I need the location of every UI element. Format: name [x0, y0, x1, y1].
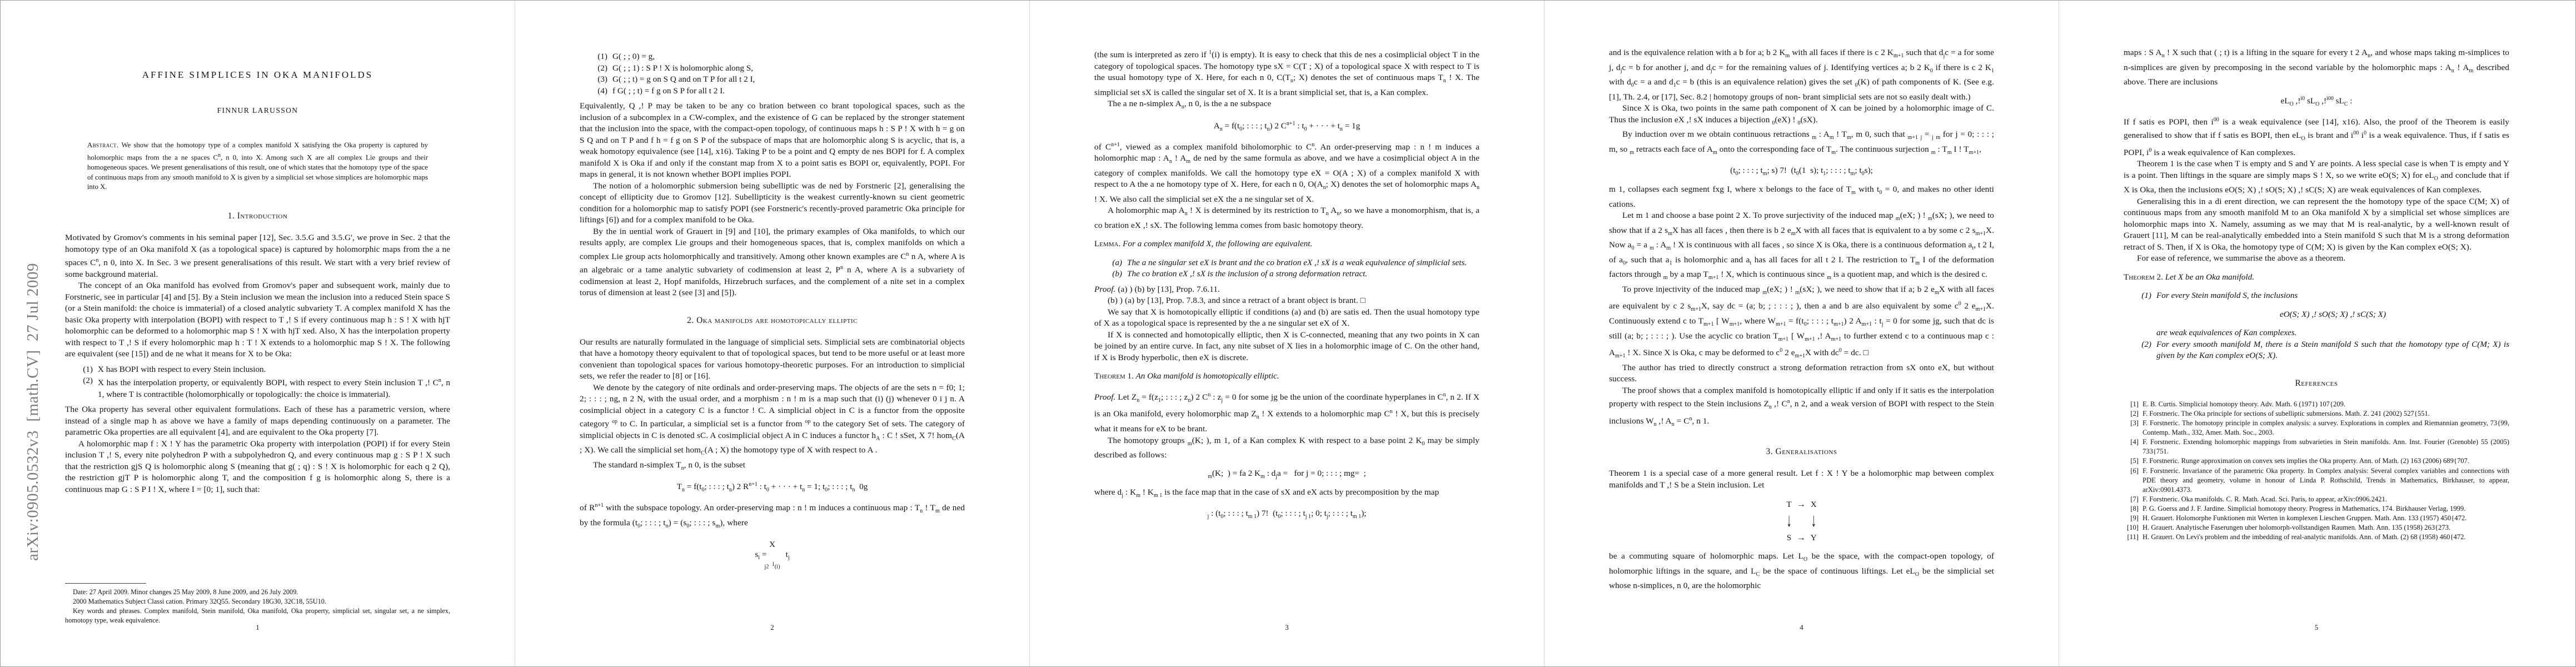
- page-content: AFFINE SIMPLICES IN OKA MANIFOLDSFINNUR …: [65, 1, 450, 495]
- paragraph: By the in uential work of Grauert in [9]…: [580, 226, 965, 299]
- commutative-square: T→X↓↓S→Y: [1609, 500, 1994, 543]
- paragraph: By induction over m we obtain continuous…: [1609, 129, 1994, 158]
- enum-item: (1)For every Stein manifold S, the inclu…: [2124, 290, 2509, 339]
- reference-item: [4]F. Forstneric. Extending holomorphic …: [2124, 437, 2509, 456]
- display-formula: Tn = f(t0; : : : ; tn) 2 Rn+1 : t0 + · ·…: [580, 481, 965, 493]
- paragraph: of Cn+1, viewed as a complex manifold bi…: [1094, 140, 1479, 206]
- reference-text: F. Forstneric. Oka manifolds. C. R. Math…: [2142, 495, 2509, 504]
- section-heading: References: [2124, 379, 2509, 389]
- reference-text: H. Grauert. Analytische Faserungen uber …: [2142, 523, 2509, 532]
- page-number: 4: [1544, 623, 2059, 632]
- formula-line: Tn = f(t0; : : : ; tn) 2 Rn+1 : t0 + · ·…: [580, 481, 965, 493]
- reference-text: F. Forstneric. Runge approximation on co…: [2142, 456, 2509, 466]
- down-arrow-icon: ↓: [1811, 501, 1817, 543]
- theorem: Theorem 1. An Oka manifold is homotopica…: [1094, 371, 1479, 382]
- reference-label: [6]: [2124, 466, 2139, 495]
- page-number: 5: [2059, 623, 2574, 632]
- paragraph: maps : S An ! X such that ( ; t) is a li…: [2124, 47, 2509, 88]
- formula-line: m(K; ) = fa 2 Km : dja = for j = 0; : : …: [1094, 469, 1479, 480]
- enum-text: X has BOPI with respect to every Stein i…: [98, 364, 450, 376]
- reference-item: [7]F. Forstneric. Oka manifolds. C. R. M…: [2124, 495, 2509, 504]
- enum-item: (2)For every smooth manifold M, there is…: [2124, 339, 2509, 362]
- reference-label: [2]: [2124, 409, 2139, 419]
- reference-text: F. Forstneric. The Oka principle for sec…: [2142, 409, 2509, 419]
- abstract: Abstract. We show that the homotopy type…: [87, 141, 428, 192]
- footnote-line: Key words and phrases. Complex manifold,…: [65, 606, 450, 625]
- formula-line: An = f(t0; : : : ; tn) 2 Cn+1 : t0 + · ·…: [1094, 121, 1479, 132]
- footnote-line: Date: 27 April 2009. Minor changes 25 Ma…: [65, 588, 450, 597]
- theorem-label: Theorem 1.: [1094, 371, 1134, 381]
- paragraph: Let m 1 and choose a base point 2 X. To …: [1609, 210, 1994, 284]
- reference-label: [9]: [2124, 514, 2139, 523]
- page-1: AFFINE SIMPLICES IN OKA MANIFOLDSFINNUR …: [1, 1, 515, 666]
- paragraph: where dj : Km ! Km 1 is the face map tha…: [1094, 487, 1479, 502]
- reference-item: [1]E. B. Curtis. Simplicial homotopy the…: [2124, 400, 2509, 409]
- reference-text: H. Grauert. Holomorphe Funktionen mit We…: [2142, 514, 2509, 523]
- reference-label: [5]: [2124, 456, 2139, 466]
- display-formula: An = f(t0; : : : ; tn) 2 Cn+1 : t0 + · ·…: [1094, 121, 1479, 132]
- enum-text: For every Stein manifold S, the inclusio…: [2156, 290, 2509, 339]
- enum-item: (1)G( ; ; 0) = g,: [580, 51, 965, 63]
- enum-label: (b): [1104, 268, 1122, 280]
- paragraph: The Oka property has several other equiv…: [65, 404, 450, 439]
- paragraph: To prove injectivity of the induced map …: [1609, 284, 1994, 362]
- paragraph: be a commuting square of holomorphic map…: [1609, 551, 1994, 592]
- page-5: maps : S An ! X such that ( ; t) is a li…: [2059, 1, 2574, 666]
- reference-item: [2]F. Forstneric. The Oka principle for …: [2124, 409, 2509, 419]
- reference-text: F. Forstneric. Extending holomorphic map…: [2142, 437, 2509, 456]
- section-heading: 2. Oka manifolds are homotopically ellip…: [580, 316, 965, 326]
- footnotes: Date: 27 April 2009. Minor changes 25 Ma…: [65, 583, 450, 625]
- enum-label: (1): [75, 364, 93, 376]
- formula-line: X: [580, 540, 965, 550]
- footnote-line: 2000 Mathematics Subject Classi cation. …: [65, 597, 450, 606]
- enum-text: G( ; ; t) = g on S Q and on T P for all …: [612, 74, 965, 86]
- paragraph: (b) ) (a) by [13], Prop. 7.8.3, and sinc…: [1094, 295, 1479, 307]
- reference-item: [11]H. Grauert. On Levi's problem and th…: [2124, 532, 2509, 542]
- reference-label: [8]: [2124, 504, 2139, 514]
- formula-line: j : (t0; : : : ; tm 1) 7! (t0; : : : ; t…: [1094, 509, 1479, 520]
- formula-line: si = tj: [580, 550, 965, 561]
- display-formula: Xsi = tjj2 1(i): [580, 540, 965, 571]
- theorem-label: Lemma.: [1094, 239, 1120, 248]
- paragraph: A holomorphic map f : X ! Y has the para…: [65, 439, 450, 496]
- enum-label: (1): [590, 51, 607, 63]
- enum-label: (1): [2134, 290, 2151, 339]
- paper-author: FINNUR LARUSSON: [65, 106, 450, 115]
- paragraph: Proof. Let Zn = f(z1; : : : ; zn) 2 Cn :…: [1094, 390, 1479, 435]
- reference-label: [7]: [2124, 495, 2139, 504]
- references-list: [1]E. B. Curtis. Simplicial homotopy the…: [2124, 400, 2509, 542]
- reference-item: [6]F. Forstneric. Invariance of the para…: [2124, 466, 2509, 495]
- reference-text: E. B. Curtis. Simplicial homotopy theory…: [2142, 400, 2509, 409]
- reference-label: [10]: [2124, 523, 2139, 532]
- paper-title: AFFINE SIMPLICES IN OKA MANIFOLDS: [65, 69, 450, 81]
- display-formula: m(K; ) = fa 2 Km : dja = for j = 0; : : …: [1094, 469, 1479, 480]
- reference-item: [3]F. Forstneric. The homotopy principle…: [2124, 419, 2509, 437]
- theorem: Theorem 2. Let X be an Oka manifold.: [2124, 272, 2509, 283]
- paragraph: Since X is Oka, two points in the same p…: [1609, 103, 1994, 129]
- page-number: 2: [515, 623, 1029, 632]
- enum-text: G( ; ; 0) = g,: [612, 51, 965, 63]
- page-content: (1)G( ; ; 0) = g,(2)G( ; ; 1) : S P ! X …: [580, 1, 965, 570]
- display-formula: (t0; : : : ; tm; s) 7! (t0(1 s); t1; : :…: [1609, 166, 1994, 177]
- enum-item: (b)The co bration eX ,! sX is the inclus…: [1094, 268, 1479, 280]
- paragraph: The concept of an Oka manifold has evolv…: [65, 280, 450, 360]
- reference-label: [11]: [2124, 532, 2139, 542]
- paper-strip: arXiv:0905.0532v3 [math.CV] 27 Jul 2009 …: [0, 0, 2576, 667]
- paragraph: Our results are naturally formulated in …: [580, 337, 965, 382]
- paragraph: The proof shows that a complex manifold …: [1609, 385, 1994, 431]
- square-grid: T→X↓↓S→Y: [1609, 500, 1994, 543]
- proof-label: Proof.: [1094, 392, 1115, 402]
- theorem: Lemma. For a complex manifold X, the fol…: [1094, 238, 1479, 250]
- display-formula: eLO ,!i0 sLO ,!i00 sLC :: [2124, 96, 2509, 107]
- display-formula: eO(S; X) ,! sO(S; X) ,! sC(S; X): [2156, 309, 2509, 321]
- paragraph: and is the equivalence relation with a b…: [1609, 47, 1994, 103]
- page-number: 1: [1, 623, 515, 632]
- paragraph: Proof. (a) ) (b) by [13], Prop. 7.6.11.: [1094, 284, 1479, 296]
- enum-list: (1)For every Stein manifold S, the inclu…: [2124, 290, 2509, 362]
- paragraph: We denote by the category of nite ordina…: [580, 382, 965, 460]
- enum-text: For every smooth manifold M, there is a …: [2156, 339, 2509, 362]
- formula-line: eLO ,!i0 sLO ,!i00 sLC :: [2124, 96, 2509, 107]
- enum-item: (4)f G( ; ; t) = f g on S P for all t 2 …: [580, 86, 965, 97]
- theorem-label: Theorem 2.: [2124, 272, 2163, 282]
- enum-list: (a)The a ne singular set eX is brant and…: [1094, 257, 1479, 280]
- paragraph: For ease of reference, we summarise the …: [2124, 253, 2509, 265]
- enum-text: f G( ; ; t) = f g on S P for all t 2 I.: [612, 86, 965, 97]
- reference-text: P. G. Goerss and J. F. Jardine. Simplici…: [2142, 504, 2509, 514]
- display-formula: j : (t0; : : : ; tm 1) 7! (t0; : : : ; t…: [1094, 509, 1479, 520]
- paragraph: Generalising this in a di erent directio…: [2124, 196, 2509, 253]
- page-content: maps : S An ! X such that ( ; t) is a li…: [2124, 1, 2509, 542]
- page-3: (the sum is interpreted as zero if 1(i) …: [1030, 1, 1544, 666]
- reference-text: H. Grauert. On Levi's problem and the im…: [2142, 532, 2509, 542]
- paragraph: A holomorphic map An ! X is determined b…: [1094, 205, 1479, 231]
- down-arrow-icon: ↓: [1786, 501, 1792, 543]
- formula-line: (t0; : : : ; tm; s) 7! (t0(1 s); t1; : :…: [1609, 166, 1994, 177]
- enum-text-after: are weak equivalences of Kan complexes.: [2156, 327, 2509, 339]
- paragraph: Motivated by Gromov's comments in his se…: [65, 232, 450, 280]
- right-arrow-icon: →: [1797, 533, 1806, 543]
- enum-text: G( ; ; 1) : S P ! X is holomorphic along…: [612, 63, 965, 74]
- reference-item: [10]H. Grauert. Analytische Faserungen u…: [2124, 523, 2509, 532]
- page-content: and is the equivalence relation with a b…: [1609, 1, 1994, 592]
- paragraph: If X is connected and homotopically elli…: [1094, 330, 1479, 364]
- paragraph: The notion of a holomorphic submersion b…: [580, 181, 965, 226]
- enum-label: (a): [1104, 257, 1122, 269]
- reference-item: [5]F. Forstneric. Runge approximation on…: [2124, 456, 2509, 466]
- section-heading: 1. Introduction: [65, 211, 450, 221]
- reference-text: F. Forstneric. The homotopy principle in…: [2142, 419, 2509, 437]
- enum-label: (3): [590, 74, 607, 86]
- right-arrow-icon: →: [1797, 500, 1806, 510]
- paragraph: The homotopy groups m(K; ), m 1, of a Ka…: [1094, 435, 1479, 461]
- section-heading: 3. Generalisations: [1609, 447, 1994, 457]
- paragraph: (the sum is interpreted as zero if 1(i) …: [1094, 47, 1479, 98]
- paragraph: The standard n-simplex Tn, n 0, is the s…: [580, 460, 965, 475]
- enum-text: The co bration eX ,! sX is the inclusion…: [1127, 268, 1479, 280]
- enum-text: X has the interpolation property, or equ…: [98, 375, 450, 400]
- page-number: 3: [1030, 623, 1544, 632]
- enum-label: (4): [590, 86, 607, 97]
- paragraph: The a ne n-simplex An, n 0, is the a ne …: [1094, 98, 1479, 113]
- paragraph: If f satis es POPI, then i00 is a weak e…: [2124, 115, 2509, 159]
- enum-label: (2): [75, 375, 93, 400]
- enum-label: (2): [590, 63, 607, 74]
- enum-item: (1)X has BOPI with respect to every Stei…: [65, 364, 450, 376]
- paragraph: Theorem 1 is the case when T is empty an…: [2124, 158, 2509, 196]
- enum-item: (a)The a ne singular set eX is brant and…: [1094, 257, 1479, 269]
- page-2: (1)G( ; ; 0) = g,(2)G( ; ; 1) : S P ! X …: [515, 1, 1030, 666]
- reference-label: [1]: [2124, 400, 2139, 409]
- enum-item: (3)G( ; ; t) = g on S Q and on T P for a…: [580, 74, 965, 86]
- paragraph: Theorem 1 is a special case of a more ge…: [1609, 468, 1994, 491]
- enum-label: (2): [2134, 339, 2151, 362]
- paragraph: Equivalently, Q ,! P may be taken to be …: [580, 101, 965, 181]
- paragraph: m 1, collapses each segment fxg I, where…: [1609, 184, 1994, 210]
- abstract-label: Abstract.: [87, 141, 119, 149]
- enum-item: (2)X has the interpolation property, or …: [65, 375, 450, 400]
- enum-text: The a ne singular set eX is brant and th…: [1127, 257, 1479, 269]
- enum-list: (1)X has BOPI with respect to every Stei…: [65, 364, 450, 401]
- reference-text: F. Forstneric. Invariance of the paramet…: [2142, 466, 2509, 495]
- arxiv-stamp: arXiv:0905.0532v3 [math.CV] 27 Jul 2009: [24, 263, 42, 561]
- proof-label: Proof.: [1094, 285, 1115, 294]
- formula-subscript-line: j2 1(i): [580, 561, 965, 571]
- enum-list: (1)G( ; ; 0) = g,(2)G( ; ; 1) : S P ! X …: [580, 51, 965, 97]
- reference-item: [8]P. G. Goerss and J. F. Jardine. Simpl…: [2124, 504, 2509, 514]
- paragraph: We say that X is homotopically elliptic …: [1094, 307, 1479, 330]
- paragraph: The author has tried to directly constru…: [1609, 362, 1994, 385]
- reference-label: [3]: [2124, 419, 2139, 437]
- page-4: and is the equivalence relation with a b…: [1544, 1, 2059, 666]
- reference-label: [4]: [2124, 437, 2139, 456]
- enum-item: (2)G( ; ; 1) : S P ! X is holomorphic al…: [580, 63, 965, 74]
- paragraph: of Rn+1 with the subspace topology. An o…: [580, 500, 965, 532]
- reference-item: [9]H. Grauert. Holomorphe Funktionen mit…: [2124, 514, 2509, 523]
- page-content: (the sum is interpreted as zero if 1(i) …: [1094, 1, 1479, 520]
